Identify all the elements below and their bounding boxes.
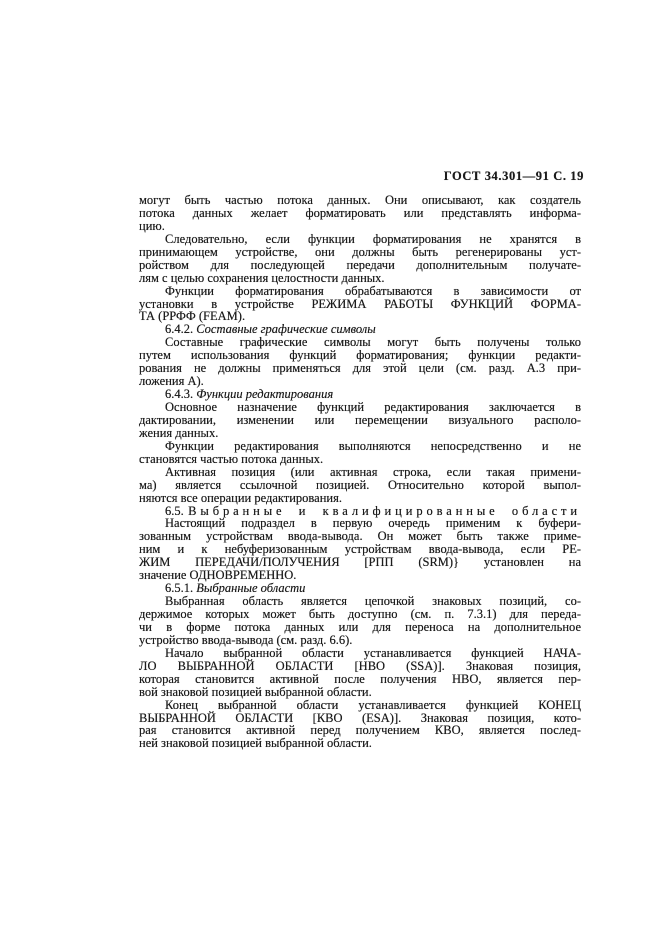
text-line: держимое которых может быть доступно (см… — [139, 608, 581, 621]
text-line: Основное назначение функций редактирован… — [139, 401, 581, 414]
text-segment: 6.5.1. — [165, 581, 196, 595]
document-page: ГОСТ 34.301—91 С. 19 могут быть частью п… — [0, 0, 661, 935]
text-line: вой знаковой позицией выбранной области. — [139, 686, 581, 699]
text-line: Начало выбранной области устанавливается… — [139, 647, 581, 660]
text-line: ройством для последующей передачи дополн… — [139, 259, 581, 272]
text-line: Активная позиция (или активная строка, е… — [139, 466, 581, 479]
text-line: дактировании, изменении или перемещении … — [139, 414, 581, 427]
text-line: Функции редактирования выполняются непос… — [139, 440, 581, 453]
text-line: Следовательно, если функции форматирован… — [139, 233, 581, 246]
text-segment: Выбранные и квалифицированные области — [188, 504, 581, 518]
text-block: могут быть частью потока данных. Они опи… — [139, 194, 581, 750]
text-line: лям с целью сохранения целостности данны… — [139, 272, 581, 285]
text-line: становятся частью потока данных. — [139, 453, 581, 466]
text-line: рования не должны применяться для этой ц… — [139, 362, 581, 375]
text-segment: Функции редактирования — [196, 387, 333, 401]
text-line: цию. — [139, 220, 581, 233]
text-segment: Составные графические символы — [196, 322, 375, 336]
text-line: устройство ввода-вывода (см. разд. 6.6). — [139, 634, 581, 647]
text-segment: Выбранные области — [196, 581, 305, 595]
text-line: ЛО ВЫБРАННОЙ ОБЛАСТИ [НВО (SSA)]. Знаков… — [139, 660, 581, 673]
text-segment: 6.5. — [165, 504, 188, 518]
text-line: которая становится активной после получе… — [139, 673, 581, 686]
page-header: ГОСТ 34.301—91 С. 19 — [139, 169, 584, 183]
text-line: ней знаковой позицией выбранной области. — [139, 737, 581, 750]
text-segment: 6.4.3. — [165, 387, 196, 401]
text-line: могут быть частью потока данных. Они опи… — [139, 194, 581, 207]
text-line: Конец выбранной области устанавливается … — [139, 699, 581, 712]
text-line: потока данных желает форматировать или п… — [139, 207, 581, 220]
text-line: принимающем устройстве, они должны быть … — [139, 246, 581, 259]
text-segment: 6.4.2. — [165, 322, 196, 336]
text-line: жения данных. — [139, 427, 581, 440]
text-line: чи в форме потока данных или для перенос… — [139, 621, 581, 634]
text-line: Функции форматирования обрабатываются в … — [139, 285, 581, 298]
text-line: ма) является ссылочной позицией. Относит… — [139, 479, 581, 492]
